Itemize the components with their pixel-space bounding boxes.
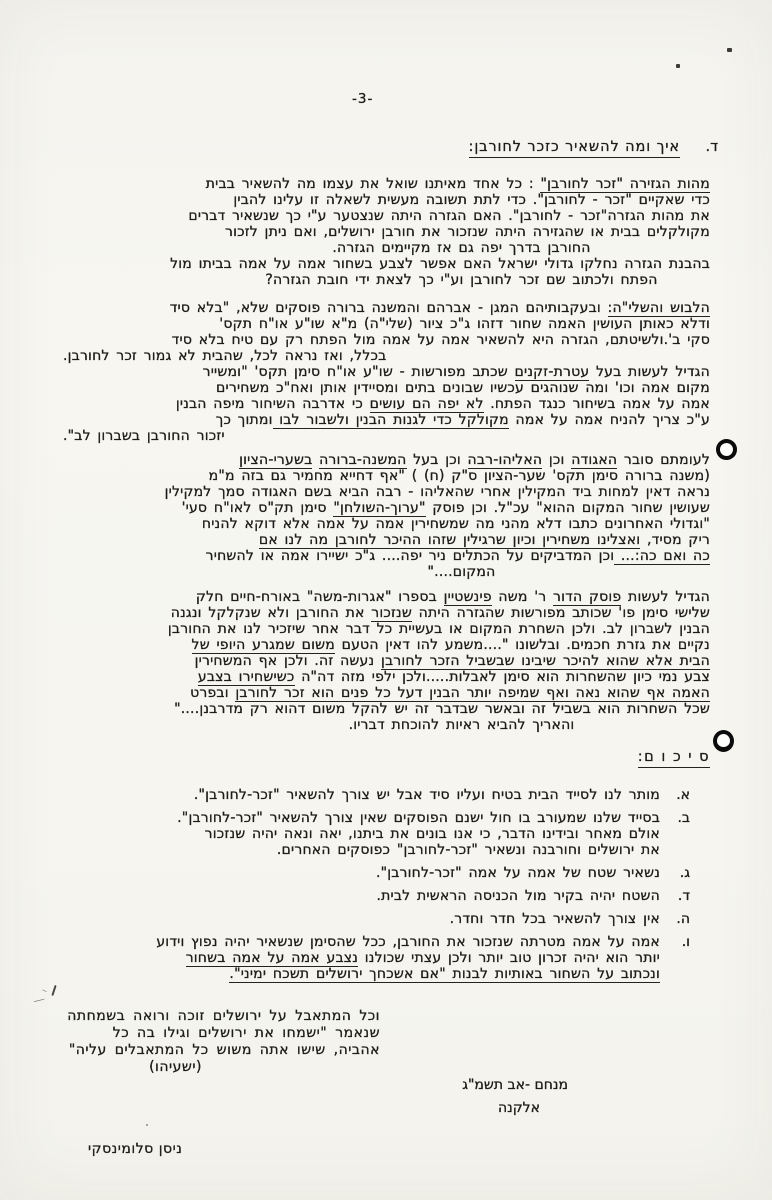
text-run: אמה על אמה בשיחור כנגד הפתח. <box>484 396 710 412</box>
list-item-marker: ג. <box>660 865 690 881</box>
list-item-text: אין צורך להשאיר בכל חדר וחדר. <box>63 911 660 927</box>
text-run: החורבן בדרך יפה גם אז מקיימים הגזרה. <box>332 240 590 256</box>
list-item-marker: א. <box>660 787 690 803</box>
text-run: צבע נמי כיון שהשחרות הוא סימן לאבלות....… <box>295 669 710 685</box>
text-line: בכלל, ואז נראה לכל, שהבית לא גמור זכר לח… <box>63 348 710 364</box>
place-name: אלקנה <box>498 1100 540 1116</box>
text-run: סימן תק"ס לאו"ח סעי' <box>182 500 334 516</box>
text-run: השטח יהיה בקיר מול הכניסה הראשית לבית. <box>377 888 661 904</box>
text-line: הבית אלא שהוא להיכר שיבינו שבשביל הזכר ל… <box>63 653 710 669</box>
underlined-text: המשנה-ברורה <box>319 452 406 469</box>
text-run: את ירושלים וחורבנה ונשאיר "זכר-לחורבן" כ… <box>277 842 660 858</box>
text-run: בכלל, ואז נראה לכל, שהבית לא גמור זכר לח… <box>63 348 386 364</box>
text-line: יזכור החורבן בשברון לב". <box>63 428 710 444</box>
text-line: (משנה ברורה סימן תקס' שער-הציון ס"ק (ח) … <box>63 468 710 484</box>
paragraph-igrot-moshe: הגדיל לעשות פוסק הדור ר' משה פינשטיין בס… <box>63 589 710 733</box>
text-run: "וגדולי האחרונים כתבו דלא מהני מה שמשחיר… <box>202 516 710 532</box>
text-run: נראה דאין למחות ביד המקילין אחרי שהאליהו… <box>165 484 710 500</box>
underlined-text: כשישחירו בצבע <box>198 669 295 686</box>
text-line: כה ואם כה:... וכן המדביקים על הכתלים ניר… <box>63 548 710 564</box>
text-run: (משנה ברורה סימן תקס' שער-הציון ס"ק (ח) … <box>209 468 710 484</box>
list-item-text: בסייד שלנו שמעורב בו חול ישנם הפוסקים שא… <box>63 810 660 858</box>
text-line: הגדיל לעשות בעל עטרת-זקנים שכתב מפורשות … <box>63 364 710 380</box>
scan-speck-icon <box>146 1124 148 1126</box>
text-run: ר' משה <box>492 589 553 605</box>
text-line: צבע נמי כיון שהשחרות הוא סימן לאבלות....… <box>63 669 710 685</box>
text-run: ובעקבותיהם המגן - אברהם והמשנה ברורה פוס… <box>170 300 608 316</box>
summary-section: ס י כ ו ם: א.מותר לנו לסייד הבית בטיח וע… <box>63 749 710 989</box>
text-line: (ישעיהו) <box>27 1059 380 1076</box>
text-run: ריק מסיד, <box>640 532 710 548</box>
text-line: אהביה, שישו אתה משוש כל המתאבלים עליה" <box>27 1042 380 1059</box>
text-line: ונכתוב על השחור באותיות לבנות "אם אשכחך … <box>63 966 660 982</box>
text-line: הבנין לשברון לב. ולכן השחרת המקום או בעש… <box>63 621 710 637</box>
text-run: נקיים את גזרת חכמים. ובלשונו "....משמע ל… <box>335 637 710 653</box>
list-item-marker: ה. <box>660 911 690 927</box>
underlined-text: שנזכור <box>371 605 412 622</box>
text-run: המקום...." <box>428 564 496 580</box>
section-title: איך ומה להשאיר כזכר לחורבן: <box>469 139 680 158</box>
text-run: כי אדרבה השיחור מיפה הבנין <box>176 396 370 412</box>
underlined-text: הלבוש והשלי"ה: <box>608 300 710 317</box>
list-item-text: נשאיר שטח של אמה על אמה "זכר-לחורבן". <box>63 865 660 881</box>
text-line: מותר לנו לסייד הבית בטיח ועליו סיד אבל י… <box>63 787 660 803</box>
text-run: ובפרט <box>190 685 235 701</box>
list-item-text: השטח יהיה בקיר מול הכניסה הראשית לבית. <box>63 888 660 904</box>
text-run: וכל המתאבל על ירושלים זוכה ורואה בשמחתה <box>67 1008 380 1024</box>
text-run: הגדיל לעשות בעל <box>589 364 710 380</box>
text-run: לעומתם סובר <box>617 452 710 468</box>
underlined-text: משום שמגרע היופי של <box>192 637 335 654</box>
text-run: (ישעיהו) <box>149 1059 202 1075</box>
text-line: הפתח ולכתוב שם זכר לחורבן וע"י כך לצאת י… <box>63 272 710 288</box>
text-line: מקולקלים בבית או שהגזירה היתה שנזכור את … <box>63 224 710 240</box>
text-run: אולם מאחר ובידינו הדבר, כי אנו בונים את … <box>205 826 660 842</box>
underlined-text: פוסק הדור <box>553 589 621 606</box>
text-line: נשאיר שטח של אמה על אמה "זכר-לחורבן". <box>63 865 660 881</box>
text-line: שעושין שחור המקום ההוא" עכ"ל. וכן פוסק "… <box>63 500 710 516</box>
text-run: נשאיר שטח של אמה על אמה "זכר-לחורבן". <box>376 865 660 881</box>
underlined-text: עטרת-זקנים <box>515 364 590 381</box>
text-line: אולם מאחר ובידינו הדבר, כי אנו בונים את … <box>63 826 660 842</box>
text-line: סקי ב'.ולשיטתם, הגזרה היא להשאיר אמה על … <box>63 332 710 348</box>
text-line: הגדיל לעשות פוסק הדור ר' משה פינשטיין בס… <box>63 589 710 605</box>
text-run: את החורבן ולא שנקלקל ונגנה <box>171 605 372 621</box>
summary-item: ג.נשאיר שטח של אמה על אמה "זכר-לחורבן". <box>63 865 710 881</box>
text-line: שלישי סימן פו' שכותב מפורשות שהגזרה היתה… <box>63 605 710 621</box>
text-run: הבנין לשברון לב. ולכן השחרת המקום או בעש… <box>168 621 710 637</box>
paragraph-lenient-opinions: לעומתם סובר האגודה וכן האליהו-רבה וכן בע… <box>63 452 710 580</box>
text-run: אמה על אמה מטרתה שנזכור את החורבן, ככל ש… <box>156 934 660 950</box>
text-run: שעושין שחור המקום ההוא" עכ"ל. וכן פוסק <box>426 500 710 516</box>
text-run: שכתב מפורשות - שו"ע או"ח סימן תקס' "ומשי… <box>203 364 515 380</box>
text-run: ומתוך כך <box>216 412 273 428</box>
text-run: בהבנת הגזרה נחלקו גדולי ישראל האם אפשר ל… <box>170 256 710 272</box>
summary-item: ד.השטח יהיה בקיר מול הכניסה הראשית לבית. <box>63 888 710 904</box>
hole-punch-icon <box>713 730 734 752</box>
text-line: יותר הוא יהיה זכרון טוב יותר ולכן עצתי ש… <box>63 950 660 966</box>
text-line: וכל המתאבל על ירושלים זוכה ורואה בשמחתה <box>27 1008 380 1025</box>
text-line: אין צורך להשאיר בכל חדר וחדר. <box>63 911 660 927</box>
list-item-marker: ד. <box>660 888 690 904</box>
summary-item: ב.בסייד שלנו שמעורב בו חול ישנם הפוסקים … <box>63 810 710 858</box>
text-run: שלישי סימן פו' שכותב מפורשות שהגזרה היתה <box>412 605 710 621</box>
underlined-text: בשערי-הציון <box>239 452 312 469</box>
scanned-document-page: -3- ד. איך ומה להשאיר כזכר לחורבן: מהות … <box>0 0 772 1200</box>
text-run: יותר הוא יהיה זכרון טוב יותר ולכן עצתי ש… <box>358 950 660 966</box>
text-line: את מהות הגזרה"זכר - לחורבן". האם הגזרה ה… <box>63 208 710 224</box>
underlined-text: האמה אף שהוא נאה ואף שמיפה יותר הבנין דע… <box>235 685 710 702</box>
text-line: בהבנת הגזרה נחלקו גדולי ישראל האם אפשר ל… <box>63 256 710 272</box>
text-line: אמה על אמה מטרתה שנזכור את החורבן, ככל ש… <box>63 934 660 950</box>
text-run: הגדיל לעשות <box>621 589 710 605</box>
text-line: לעומתם סובר האגודה וכן האליהו-רבה וכן בע… <box>63 452 710 468</box>
summary-item: ה.אין צורך להשאיר בכל חדר וחדר. <box>63 911 710 927</box>
text-run: בספרו "אגרות-משה" באורח-חיים חלק <box>196 589 444 605</box>
text-line: נקיים את גזרת חכמים. ובלשונו "....משמע ל… <box>63 637 710 653</box>
text-run: שנאמר "ישמחו את ירושלים וגילו בה כל <box>113 1025 380 1041</box>
summary-title: ס י כ ו ם: <box>638 749 710 768</box>
text-run: ע"כ צריך להניח אמה על אמה <box>509 412 710 428</box>
text-run: את מהות הגזרה"זכר - לחורבן". האם הגזרה ה… <box>188 208 710 224</box>
text-line: "וגדולי האחרונים כתבו דלא מהני מה שמשחיר… <box>63 516 710 532</box>
text-run: מקום אמה וכו' ומה שנוהגים עכשיו שבונים ב… <box>216 380 710 396</box>
summary-item: ו.אמה על אמה מטרתה שנזכור את החורבן, ככל… <box>63 934 710 982</box>
underlined-text: מהות הגזירה "זכר לחורבן" <box>540 176 710 193</box>
scan-speck-icon <box>676 64 680 68</box>
hole-punch-icon <box>715 438 739 462</box>
handwritten-mark <box>51 985 56 996</box>
text-line: החורבן בדרך יפה גם אז מקיימים הגזרה. <box>63 240 710 256</box>
text-run: הפתח ולכתוב שם זכר לחורבן וע"י כך לצאת י… <box>265 272 657 288</box>
text-line: האמה אף שהוא נאה ואף שמיפה יותר הבנין דע… <box>63 685 710 701</box>
underlined-text: כה ואם כה:... <box>614 548 710 565</box>
underlined-text: הבית אלא שהוא להיכר שיבינו שבשביל הזכר ל… <box>381 653 710 670</box>
text-line: שנאמר "ישמחו את ירושלים וגילו בה כל <box>27 1025 380 1042</box>
text-line: בסייד שלנו שמעורב בו חול ישנם הפוסקים שא… <box>63 810 660 826</box>
text-line: אמה על אמה בשיחור כנגד הפתח. לא יפה הם ע… <box>63 396 710 412</box>
text-run: יזכור החורבן בשברון לב". <box>63 428 225 444</box>
text-line: מקום אמה וכו' ומה שנוהגים עכשיו שבונים ב… <box>63 380 710 396</box>
list-item-marker: ב. <box>660 810 690 858</box>
text-line: כדי שאקיים "זכר - לחורבן". כדי לתת תשובה… <box>63 192 710 208</box>
text-run: והאריך להביא ראיות להוכחת דבריו. <box>349 717 575 733</box>
closing-quote: וכל המתאבל על ירושלים זוכה ורואה בשמחתהש… <box>27 1008 380 1076</box>
underlined-text: לא יפה הם עושים <box>370 396 484 413</box>
text-run: סקי ב'.ולשיטתם, הגזרה היא להשאיר אמה על … <box>172 332 710 348</box>
text-run: וכן המדביקים על הכתלים ניר יפה.... ג"כ י… <box>206 548 615 564</box>
summary-item: א.מותר לנו לסייד הבית בטיח ועליו סיד אבל… <box>63 787 710 803</box>
underlined-text: האליהו-רבה <box>468 452 543 469</box>
text-line: הלבוש והשלי"ה: ובעקבותיהם המגן - אברהם ו… <box>63 300 710 316</box>
underlined-text: מקולקל כדי לגנות הבנין ולשבור לבו <box>273 412 509 429</box>
text-run: אהביה, שישו אתה משוש כל המתאבלים עליה" <box>69 1042 380 1058</box>
text-line: השטח יהיה בקיר מול הכניסה הראשית לבית. <box>63 888 660 904</box>
list-item-text: אמה על אמה מטרתה שנזכור את החורבן, ככל ש… <box>63 934 660 982</box>
text-run: כדי שאקיים "זכר - לחורבן". כדי לתת תשובה… <box>233 192 710 208</box>
text-run: וכן <box>542 452 571 468</box>
list-item-marker: ו. <box>660 934 690 982</box>
text-line: והאריך להביא ראיות להוכחת דבריו. <box>63 717 710 733</box>
text-run: מקולקלים בבית או שהגזירה היתה שנזכור את … <box>225 224 710 240</box>
underlined-text: נצבע אמה על אמה בשחור <box>186 950 358 967</box>
text-line: מהות הגזירה "זכר לחורבן" : כל אחד מאיתנו… <box>63 176 710 192</box>
text-run: : כל אחד מאיתנו שואל את עצמו מה להשאיר ב… <box>206 176 541 192</box>
text-line: ריק מסיד, ואצלינו משחירין וכיון שרגילין … <box>63 532 710 548</box>
signature-name: ניסן סלומינסקי <box>88 1141 182 1157</box>
text-run: נעשה זה. ולכן אף המשחירין <box>195 653 381 669</box>
text-run: מותר לנו לסייד הבית בטיח ועליו סיד אבל י… <box>194 787 660 803</box>
underlined-text: פינשטיין <box>444 589 492 606</box>
date-line: מנחם -אב תשמ"ג <box>462 1077 568 1093</box>
list-item-text: מותר לנו לסייד הבית בטיח ועליו סיד אבל י… <box>63 787 660 803</box>
text-line: נראה דאין למחות ביד המקילין אחרי שהאליהו… <box>63 484 710 500</box>
text-run: בסייד שלנו שמעורב בו חול ישנם הפוסקים שא… <box>177 810 660 826</box>
scan-speck-icon <box>727 48 732 52</box>
text-line: המקום...." <box>63 564 710 580</box>
text-run: ודלא כאותן העושין האמה שחור דזהו ג"כ ציו… <box>219 316 710 332</box>
page-number: -3- <box>352 91 373 107</box>
underlined-text: "ערוך-השולחן" <box>333 500 425 517</box>
text-line: ודלא כאותן העושין האמה שחור דזהו ג"כ ציו… <box>63 316 710 332</box>
text-run: אין צורך להשאיר בכל חדר וחדר. <box>450 911 660 927</box>
underlined-text: ונכתוב על השחור באותיות לבנות "אם אשכחך … <box>229 966 660 983</box>
summary-list: א.מותר לנו לסייד הבית בטיח ועליו סיד אבל… <box>63 787 710 982</box>
text-run: שכל השחרות הוא בשביל זה ובאשר שבדבר זה י… <box>174 701 710 717</box>
paragraph-levush-opinion: הלבוש והשלי"ה: ובעקבותיהם המגן - אברהם ו… <box>63 300 710 444</box>
text-line: שכל השחרות הוא בשביל זה ובאשר שבדבר זה י… <box>63 701 710 717</box>
underlined-text: ואצלינו משחירין וכיון שרגילין שזהו ההיכר… <box>259 532 640 549</box>
underlined-text: האגודה <box>571 452 617 469</box>
text-run: וכן בעל <box>407 452 468 468</box>
text-line: את ירושלים וחורבנה ונשאיר "זכר-לחורבן" כ… <box>63 842 660 858</box>
section-marker: ד. <box>705 139 718 155</box>
paragraph-essence-of-decree: מהות הגזירה "זכר לחורבן" : כל אחד מאיתנו… <box>63 176 710 288</box>
text-line: ע"כ צריך להניח אמה על אמה מקולקל כדי לגנ… <box>63 412 710 428</box>
